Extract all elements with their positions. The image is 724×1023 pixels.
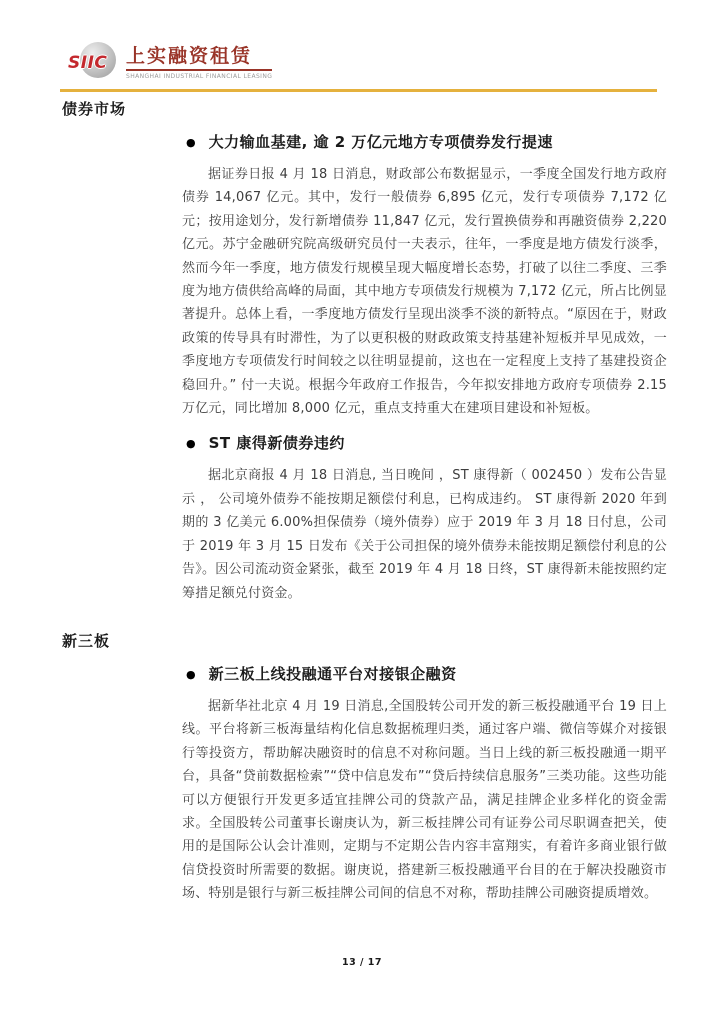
document-content: 债券市场 ● 大力输血基建, 逾 2 万亿元地方专项债券发行提速 据证券日报 4… xyxy=(0,95,724,906)
page-header: SIIC 上实融资租赁 SHANGHAI INDUSTRIAL FINANCIA… xyxy=(74,40,272,88)
article-title: ● ST 康得新债券违约 xyxy=(186,433,667,455)
article-title-text: ST 康得新债券违约 xyxy=(209,433,345,454)
article-title: ● 大力输血基建, 逾 2 万亿元地方专项债券发行提速 xyxy=(186,132,667,154)
section-heading-neeq: 新三板 xyxy=(62,631,667,651)
logo-names: 上实融资租赁 SHANGHAI INDUSTRIAL FINANCIAL LEA… xyxy=(126,40,272,80)
article-body: 据北京商报 4 月 18 日消息, 当日晚间 ，ST 康得新（ 002450 ）… xyxy=(182,464,667,604)
article-title: ● 新三板上线投融通平台对接银企融资 xyxy=(186,664,667,686)
bullet-icon: ● xyxy=(186,132,196,153)
article-title-text: 新三板上线投融通平台对接银企融资 xyxy=(209,664,457,685)
article-title-text: 大力输血基建, 逾 2 万亿元地方专项债券发行提速 xyxy=(209,132,553,153)
bullet-icon: ● xyxy=(186,433,196,454)
header-divider-rule xyxy=(60,89,657,92)
document-page: SIIC 上实融资租赁 SHANGHAI INDUSTRIAL FINANCIA… xyxy=(0,0,724,1023)
article-body: 据证券日报 4 月 18 日消息，财政部公布数据显示，一季度全国发行地方政府债券… xyxy=(182,163,667,420)
company-logo: SIIC 上实融资租赁 SHANGHAI INDUSTRIAL FINANCIA… xyxy=(74,40,272,80)
page-number: 13 / 17 xyxy=(342,957,382,968)
logo-siic-text: SIIC xyxy=(68,53,107,73)
globe-icon: SIIC xyxy=(74,40,118,80)
logo-cn-name: 上实融资租赁 xyxy=(126,46,272,71)
bullet-icon: ● xyxy=(186,664,196,685)
logo-en-name: SHANGHAI INDUSTRIAL FINANCIAL LEASING xyxy=(126,73,272,80)
page-footer: 13 / 17 xyxy=(0,950,724,969)
article-body: 据新华社北京 4 月 19 日消息,全国股转公司开发的新三板投融通平台 19 日… xyxy=(182,695,667,906)
section-heading-bond-market: 债券市场 xyxy=(62,99,667,119)
